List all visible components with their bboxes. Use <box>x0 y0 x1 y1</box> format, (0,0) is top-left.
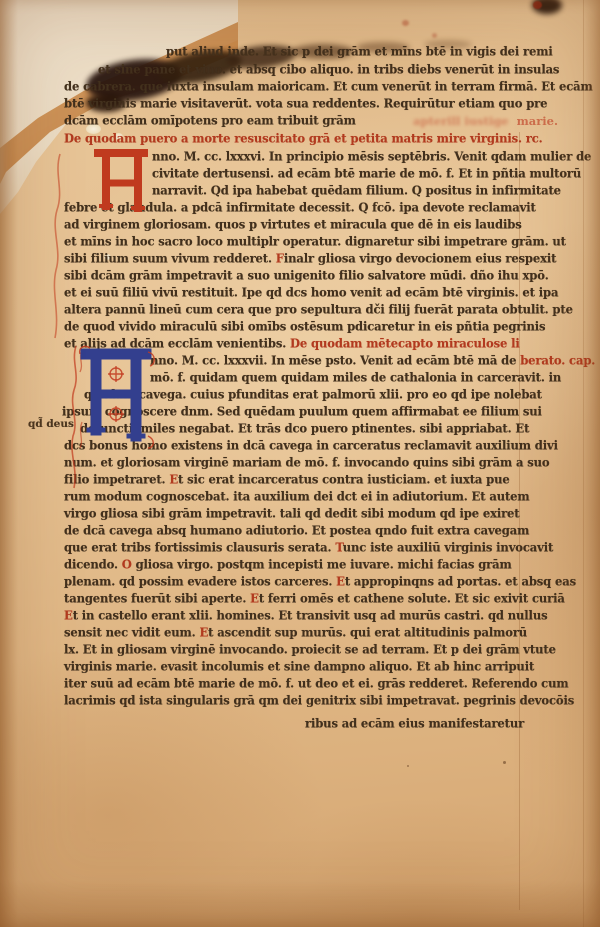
manuscript-line: tangentes fuerūt sibi aperte. Et ferri o… <box>64 591 565 609</box>
manuscript-line: defuncti. miles negabat. Et trās dco pue… <box>80 421 529 439</box>
manuscript-line: ipsum cognoscere dnm. Sed quēdam puulum … <box>62 404 542 422</box>
manuscript-line: mō. f. quidam quem quidam miles de catha… <box>150 370 561 388</box>
manuscript-line: de quod vivido miraculū sibi omībs ostēs… <box>64 319 545 337</box>
manuscript-line: Et in castello erant xlii. homines. Et t… <box>64 608 547 626</box>
manuscript-line: nno. M. cc. lxxxvi. In principio mēsis s… <box>152 149 591 167</box>
manuscript-line: dcs bonus homo existens in dcā cavega in… <box>64 438 558 456</box>
manuscript-line: civitate dertusensi. ad ecām btē marie d… <box>152 166 581 184</box>
manuscript-line: sibi filium suum vivum redderet. Finalr … <box>64 251 556 269</box>
manuscript-line: sibi dcām grām impetravit a suo unigenit… <box>64 268 549 286</box>
manuscript-line: dicendo. O gliosa virgo. postqm incepist… <box>64 557 512 575</box>
manuscript-line: btē virginis marie visitaverūt. vota sua… <box>64 96 547 114</box>
manuscript-line: de cabrera. que iuxta insulam maioricam.… <box>64 79 593 97</box>
manuscript-line: sensit nec vidit eum. Et ascendit sup mu… <box>64 625 527 643</box>
manuscript-line: lx. Et in gliosam virginē invocando. pro… <box>64 642 556 660</box>
manuscript-line: put aliud inde. Et sic p dei grām et mīn… <box>166 44 553 62</box>
manuscript-line: febre et glandula. a pdcā infirmitate de… <box>64 200 536 218</box>
manuscript-line: plenam. qd possim evadere istos carceres… <box>64 574 576 592</box>
manuscript-line: de dcā cavega absq humano adiutorio. Et … <box>64 523 529 541</box>
manuscript-line: ad virginem gloriosam. quos p virtutes e… <box>64 217 522 235</box>
manuscript-line: et mīns in hoc sacro loco multiplr opera… <box>64 234 566 252</box>
manuscript-line: narravit. Qd ipa habebat quēdam filium. … <box>152 183 561 201</box>
manuscript-line: ribus ad ecām eius manifestaretur <box>305 716 524 734</box>
manuscript-line: nno. M. cc. lxxxvii. In mēse psto. Venit… <box>150 353 595 371</box>
manuscript-line: De quodam puero a morte resuscitato grā … <box>64 131 543 149</box>
manuscript-line: altera pannū lineū cum cera que pro sepu… <box>64 302 573 320</box>
text-lines-layer: put aliud inde. Et sic p dei grām et mīn… <box>0 0 600 927</box>
manuscript-line: lacrimis qd ista singularis grā qm dei g… <box>64 693 574 711</box>
manuscript-line: virgo gliosa sibi grām impetravit. tali … <box>64 506 519 524</box>
manuscript-line: rum modum cognoscebat. ita auxilium dei … <box>64 489 530 507</box>
manuscript-photo: apterill iustigemarie. qd̃ deus <box>0 0 600 927</box>
manuscript-line: iter suū ad ecām btē marie de mō. f. ut … <box>64 676 568 694</box>
manuscript-line: virginis marie. evasit incolumis et sine… <box>64 659 534 677</box>
manuscript-line: et ei suū filiū vivū restituit. Ipe qd d… <box>64 285 558 303</box>
manuscript-line: et sine pane et vino. et absq cibo aliqu… <box>98 62 559 80</box>
manuscript-line: que erat tribs fortissimis clausuris ser… <box>64 540 553 558</box>
manuscript-line: et alijs ad dcām ecclām venientibs. De q… <box>64 336 520 354</box>
manuscript-line: num. et gloriosam virginē mariam de mō. … <box>64 455 550 473</box>
manuscript-line: filio impetraret. Et sic erat incarcerat… <box>64 472 510 490</box>
manuscript-line: dcām ecclām omīpotens pro eam tribuit gr… <box>64 113 356 131</box>
manuscript-line: quadam cavega. cuius pfunditas erat palm… <box>84 387 542 405</box>
